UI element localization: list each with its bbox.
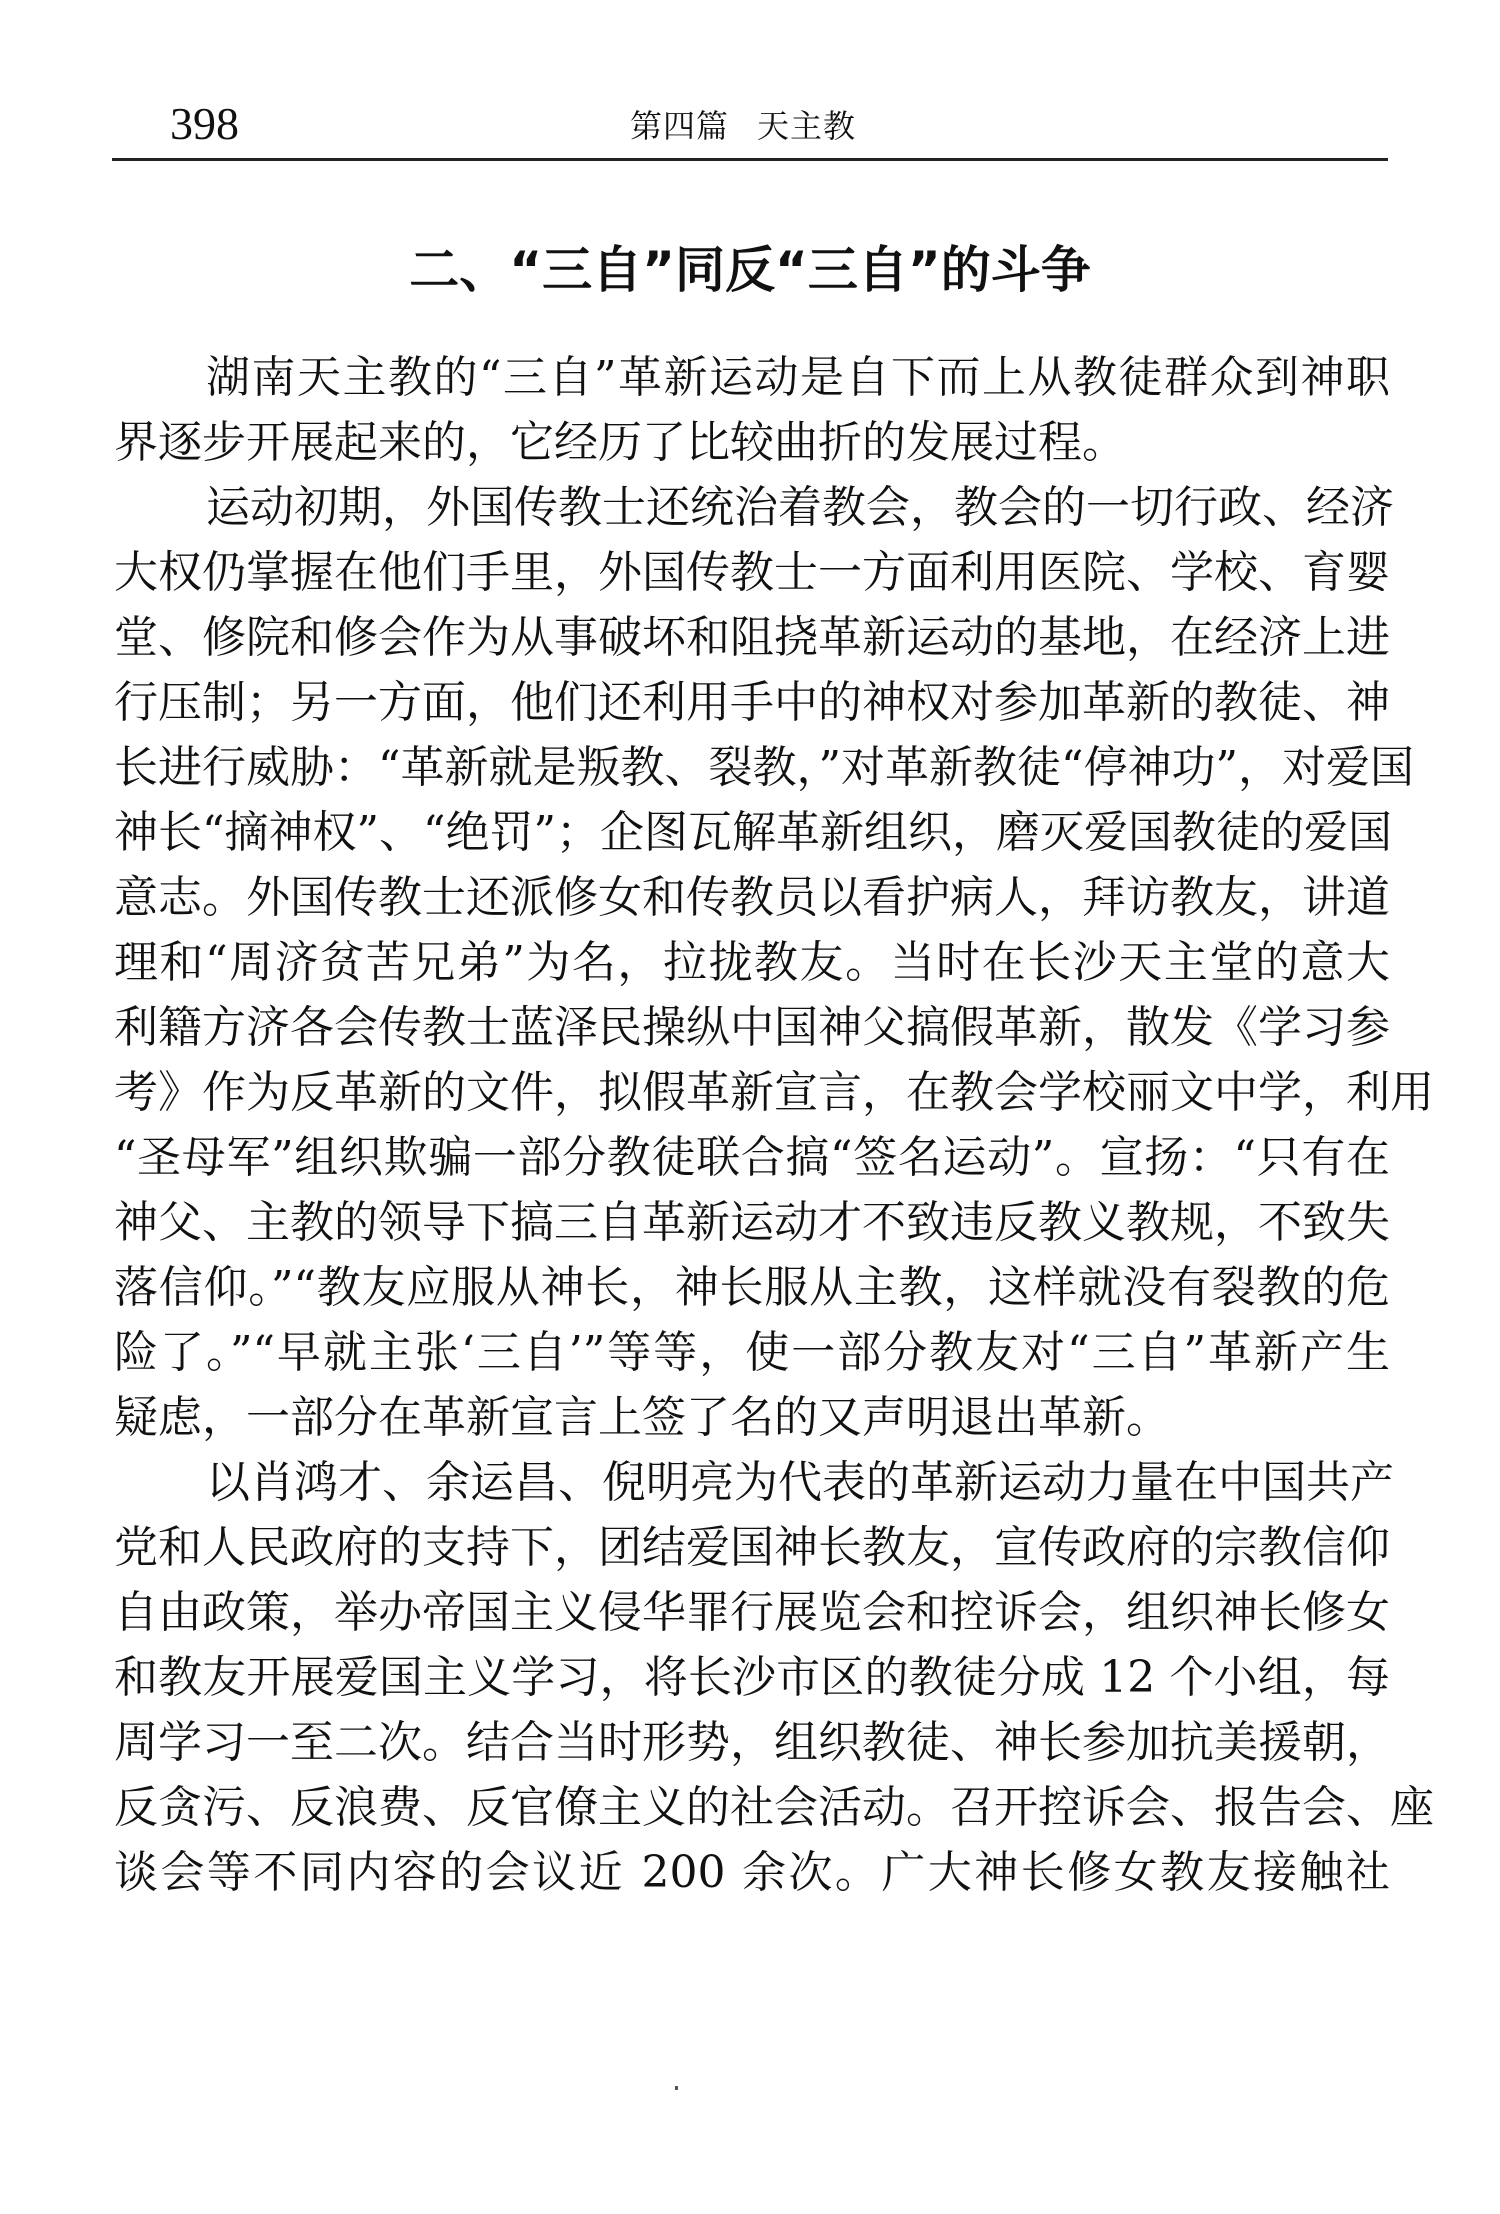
scan-speck <box>675 2086 678 2090</box>
text-line: 大权仍掌握在他们手里，外国传教士一方面利用医院、学校、育婴 <box>114 540 1390 605</box>
text-line: 神长“摘神权”、“绝罚”；企图瓦解革新组织，磨灭爱国教徒的爱国 <box>114 800 1390 865</box>
text-line: 界逐步开展起来的，它经历了比较曲折的发展过程。 <box>114 410 1390 475</box>
running-header-section: 天主教 <box>757 107 856 145</box>
text-line: 堂、修院和修会作为从事破坏和阻挠革新运动的基地，在经济上进 <box>114 605 1390 670</box>
page-number: 398 <box>170 96 239 152</box>
header-rule <box>112 158 1388 161</box>
body-text: 湖南天主教的“三自”革新运动是自下而上从教徒群众到神职界逐步开展起来的，它经历了… <box>114 345 1390 1905</box>
running-header: 第四篇天主教 <box>630 104 884 148</box>
text-line: 利籍方济各会传教士蓝泽民操纵中国神父搞假革新，散发《学习参 <box>114 995 1390 1060</box>
text-line: 行压制；另一方面，他们还利用手中的神权对参加革新的教徒、神 <box>114 670 1390 735</box>
text-line: 谈会等不同内容的会议近 200 余次。广大神长修女教友接触社 <box>114 1840 1390 1905</box>
text-line: 以肖鸿才、余运昌、倪明亮为代表的革新运动力量在中国共产 <box>114 1450 1390 1515</box>
text-line: 落信仰。”“教友应服从神长，神长服从主教，这样就没有裂教的危 <box>114 1255 1390 1320</box>
text-line: 和教友开展爱国主义学习，将长沙市区的教徒分成 12 个小组，每 <box>114 1645 1390 1710</box>
running-header-part: 第四篇 <box>630 107 729 145</box>
text-line: 疑虑，一部分在革新宣言上签了名的又声明退出革新。 <box>114 1385 1390 1450</box>
text-line: 考》作为反革新的文件，拟假革新宣言，在教会学校丽文中学，利用 <box>114 1060 1390 1125</box>
text-line: “圣母军”组织欺骗一部分教徒联合搞“签名运动”。宣扬：“只有在 <box>114 1125 1390 1190</box>
text-line: 险了。”“早就主张‘三自’”等等，使一部分教友对“三自”革新产生 <box>114 1320 1390 1385</box>
text-line: 理和“周济贫苦兄弟”为名，拉拢教友。当时在长沙天主堂的意大 <box>114 930 1390 995</box>
text-line: 长进行威胁：“革新就是叛教、裂教，”对革新教徒“停神功”，对爱国 <box>114 735 1390 800</box>
text-line: 神父、主教的领导下搞三自革新运动才不致违反教义教规，不致失 <box>114 1190 1390 1255</box>
text-line: 反贪污、反浪费、反官僚主义的社会活动。召开控诉会、报告会、座 <box>114 1775 1390 1840</box>
text-line: 意志。外国传教士还派修女和传教员以看护病人，拜访教友，讲道 <box>114 865 1390 930</box>
text-line: 党和人民政府的支持下，团结爱国神长教友，宣传政府的宗教信仰 <box>114 1515 1390 1580</box>
text-line: 周学习一至二次。结合当时形势，组织教徒、神长参加抗美援朝， <box>114 1710 1390 1775</box>
text-line: 自由政策，举办帝国主义侵华罪行展览会和控诉会，组织神长修女 <box>114 1580 1390 1645</box>
section-title: 二、“三自”同反“三自”的斗争 <box>0 240 1500 300</box>
text-line: 湖南天主教的“三自”革新运动是自下而上从教徒群众到神职 <box>114 345 1390 410</box>
text-line: 运动初期，外国传教士还统治着教会，教会的一切行政、经济 <box>114 475 1390 540</box>
